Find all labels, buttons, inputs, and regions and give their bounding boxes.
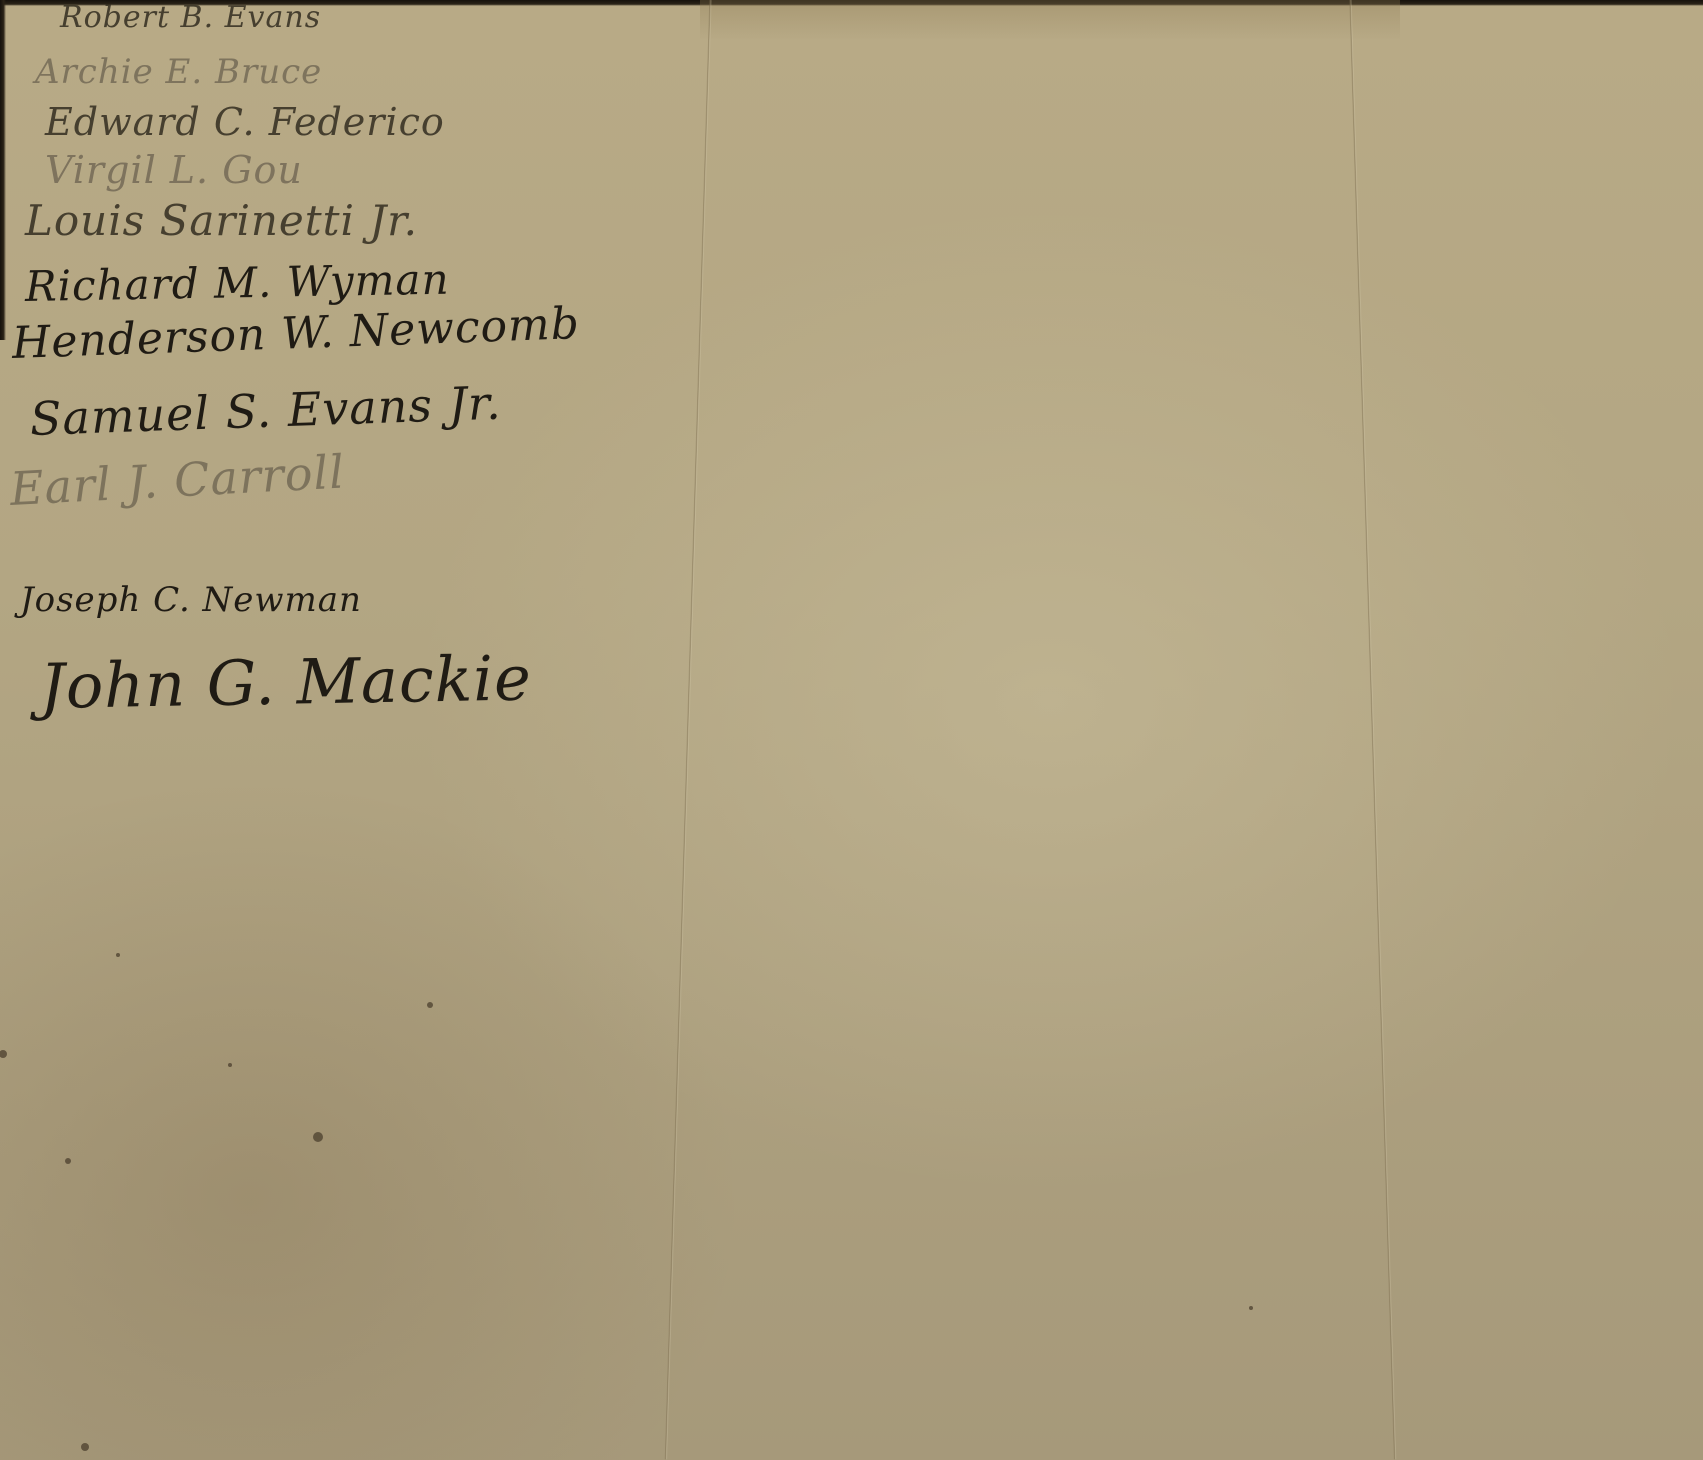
signature-robert-b-evans: Robert B. Evans xyxy=(60,0,321,35)
signature-john-g-mackie: John G. Mackie xyxy=(39,641,532,723)
signature-archie-e-bruce: Archie E. Bruce xyxy=(35,52,322,92)
signature-edward-c-federico: Edward C. Federico xyxy=(45,100,445,144)
signature-samuel-s-evans-jr: Samuel S. Evans Jr. xyxy=(29,376,502,446)
top-crease-shadow xyxy=(700,0,1400,40)
paper-speck xyxy=(65,1158,71,1164)
paper-speck xyxy=(427,1002,433,1008)
paper-speck xyxy=(0,1050,7,1058)
paper-speck xyxy=(228,1063,232,1067)
paper-speck xyxy=(313,1132,323,1142)
paper-speck xyxy=(116,953,120,957)
signature-louis-sarinetti-jr: Louis Sarinetti Jr. xyxy=(25,196,418,245)
signature-list: Robert B. Evans Archie E. Bruce Edward C… xyxy=(0,0,700,820)
paper-speck xyxy=(1249,1306,1253,1310)
document-page: Robert B. Evans Archie E. Bruce Edward C… xyxy=(0,0,1703,1460)
signature-joseph-c-newman: Joseph C. Newman xyxy=(20,580,362,620)
signature-richard-m-wyman: Richard M. Wyman xyxy=(25,255,450,311)
paper-speck xyxy=(81,1443,89,1451)
right-fold-line xyxy=(1349,0,1397,1459)
signature-earl-j-carroll: Earl J. Carroll xyxy=(9,444,347,515)
signature-virgil-l-gou: Virgil L. Gou xyxy=(45,148,303,192)
